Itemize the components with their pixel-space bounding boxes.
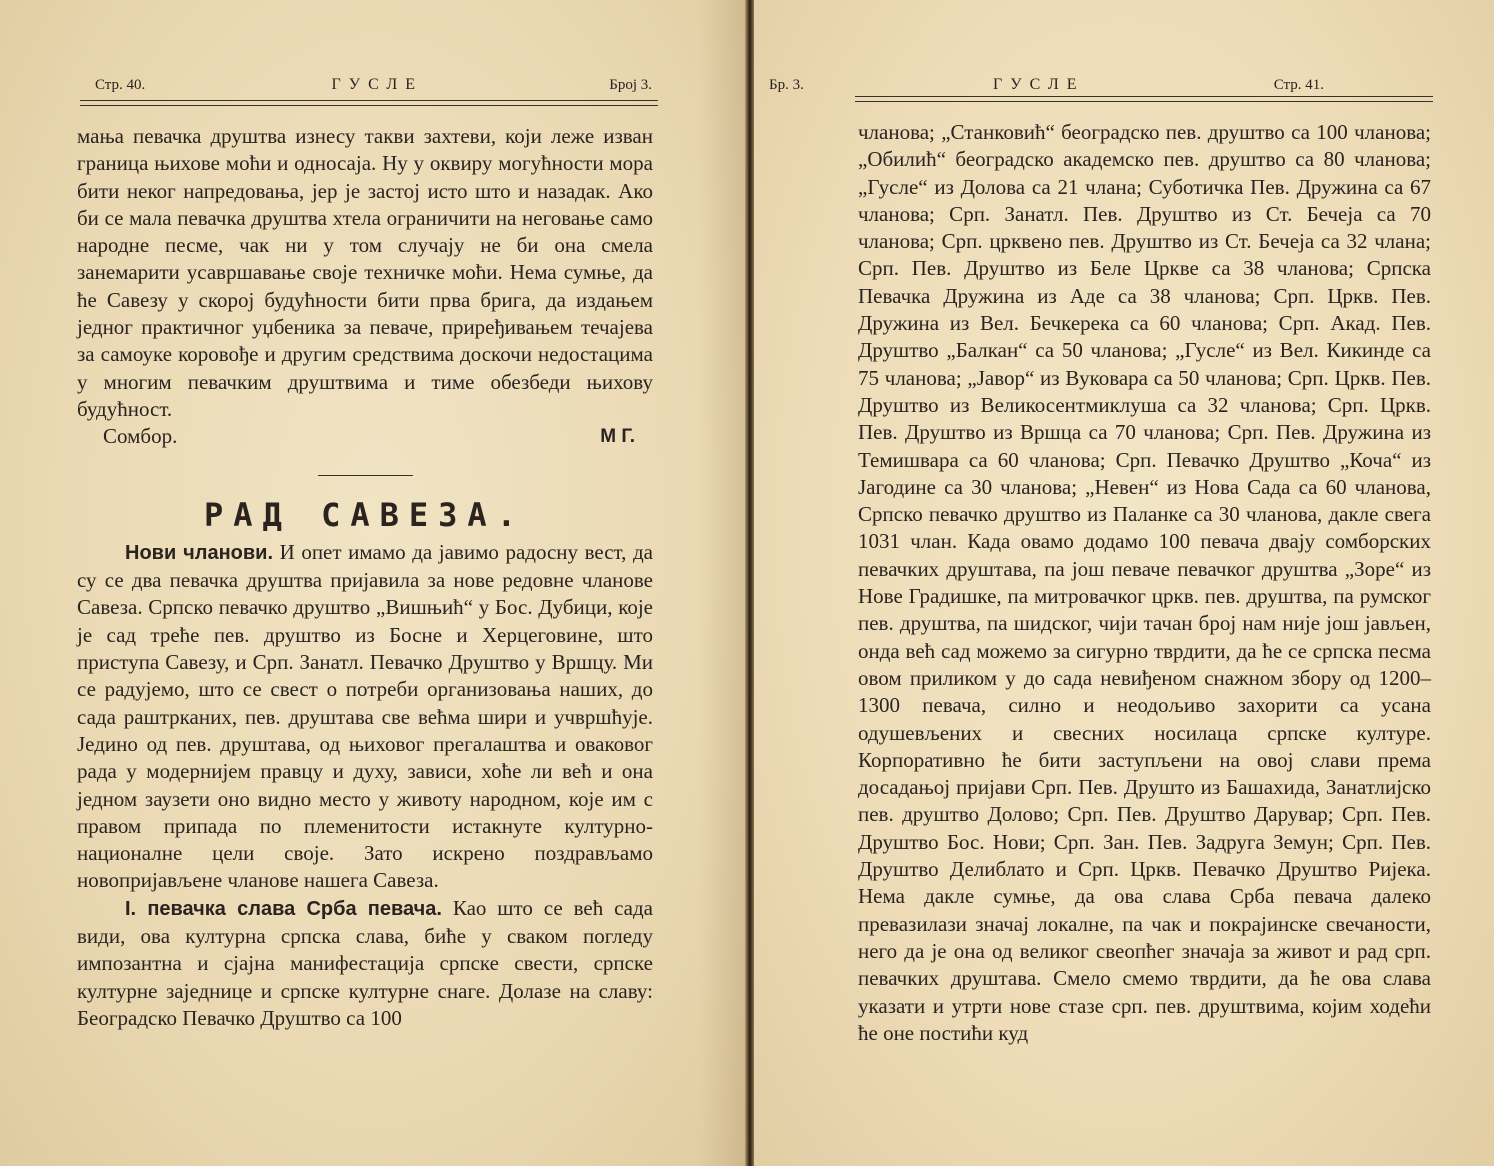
left-issue-number: Број 3. <box>609 77 652 94</box>
slava-paragraph: I. певачка слава Срба певача. Као што се… <box>77 895 653 1032</box>
new-members-lead: Нови чланови. <box>125 542 273 564</box>
book-gutter <box>745 0 754 1166</box>
intro-paragraph: мања певачка друштва изнесу такви захтев… <box>77 123 653 423</box>
left-header-rule <box>80 100 658 106</box>
left-journal-title: ГУСЛЕ <box>332 76 423 94</box>
gutter-shadow <box>700 0 745 1166</box>
signature-place: Сомбор. <box>103 423 177 450</box>
section-divider <box>318 475 413 476</box>
section-title: РАД САВЕЗА. <box>77 502 653 529</box>
right-running-head: Бр. 3. ГУСЛЕ Стр. 41. <box>769 76 1324 96</box>
right-journal-title: ГУСЛЕ <box>993 76 1084 94</box>
signature: Сомбор. М Г. <box>77 423 653 450</box>
right-text-column: чланова; „Станковић“ београдско пев. дру… <box>858 119 1431 1047</box>
right-body-paragraph: чланова; „Станковић“ београдско пев. дру… <box>858 119 1431 1047</box>
signature-initials: М Г. <box>600 423 635 450</box>
new-members-paragraph: Нови чланови. И опет имамо да јавимо рад… <box>77 539 653 895</box>
slava-lead: I. певачка слава Срба певача. <box>125 898 442 920</box>
right-page: Бр. 3. ГУСЛЕ Стр. 41. чланова; „Станкови… <box>752 0 1494 1166</box>
right-header-rule <box>855 96 1433 102</box>
new-members-text: И опет имамо да јавимо радосну вест, да … <box>77 540 653 893</box>
left-text-column: мања певачка друштва изнесу такви захтев… <box>77 123 653 1032</box>
left-running-head: Стр. 40. ГУСЛЕ Број 3. <box>95 76 652 96</box>
right-page-number: Стр. 41. <box>1274 77 1324 94</box>
right-issue-number: Бр. 3. <box>769 77 804 94</box>
left-page-number: Стр. 40. <box>95 77 145 94</box>
left-page: Стр. 40. ГУСЛЕ Број 3. мања певачка друш… <box>0 0 752 1166</box>
